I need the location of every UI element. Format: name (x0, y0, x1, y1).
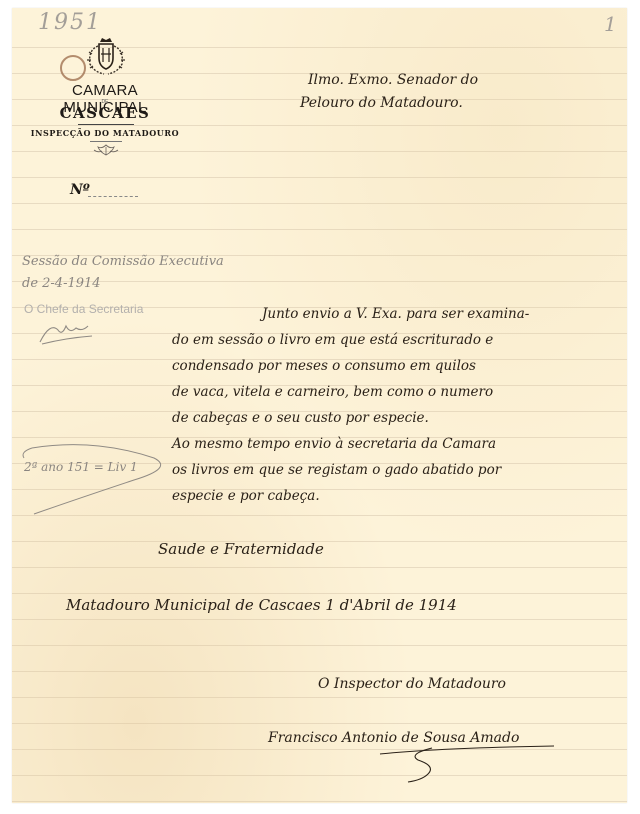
body-line: Junto envio a V. Exa. para ser examina- (262, 306, 529, 322)
floral-ornament-icon (90, 143, 122, 157)
signer-title: O Inspector do Matadouro (318, 676, 506, 692)
letterhead-divider (78, 124, 134, 125)
margin-note-date: de 2-4-1914 (22, 276, 101, 291)
round-stamp-icon (60, 55, 86, 81)
place-and-date: Matadouro Municipal de Cascaes 1 d'Abril… (66, 596, 457, 614)
body-line: de cabeças e o seu custo por especie. (172, 410, 429, 426)
closing-salutation: Saude e Fraternidade (158, 540, 324, 558)
body-line: de vaca, vitela e carneiro, bem como o n… (172, 384, 493, 400)
secretary-stamp: O Chefe da Secretaria (24, 302, 143, 316)
body-line: os livros em que se registam o gado abat… (172, 462, 501, 478)
addressee-line-2: Pelouro do Matadouro. (300, 95, 463, 111)
pencil-signature-icon (36, 318, 96, 348)
number-field-line (88, 196, 138, 197)
reference-loop-icon (14, 438, 164, 518)
reference-note: 2ª ano 151 = Liv 1 (24, 460, 138, 474)
body-line: Ao mesmo tempo envio à secretaria da Cam… (172, 436, 496, 452)
body-line: especie e por cabeça. (172, 488, 320, 504)
coat-of-arms-icon (84, 36, 128, 78)
margin-note-session: Sessão da Comissão Executiva (22, 254, 224, 269)
body-line: condensado por meses o consumo em quilos (172, 358, 476, 374)
body-line: do em sessão o livro em que está escritu… (172, 332, 493, 348)
letterhead-city: CASCAES (30, 104, 180, 122)
page-number: 1 (604, 12, 617, 36)
number-label: Nº (70, 182, 90, 198)
letterhead-department: INSPECÇÃO DO MATADOURO (30, 128, 180, 138)
archive-number: 1951 (38, 10, 102, 35)
letterhead-divider-small (90, 141, 122, 142)
signature-flourish-icon (378, 744, 558, 784)
addressee-line-1: Ilmo. Exmo. Senador do (308, 72, 478, 88)
